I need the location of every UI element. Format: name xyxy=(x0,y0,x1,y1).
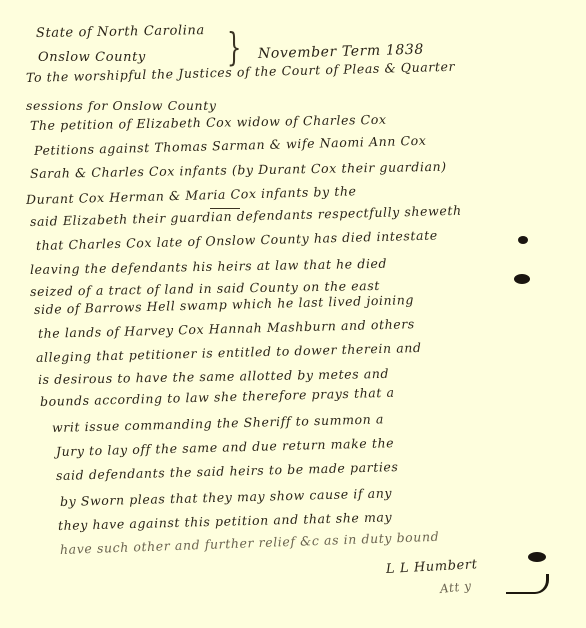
document-page: State of North Carolina Onslow County } … xyxy=(0,0,586,628)
header-brace-icon: } xyxy=(227,28,242,66)
body-line-20: they have against this petition and that… xyxy=(58,509,393,533)
body-line-19: by Sworn pleas that they may show cause … xyxy=(60,485,392,509)
body-line-2: sessions for Onslow County xyxy=(26,98,217,113)
body-line-3: The petition of Elizabeth Cox widow of C… xyxy=(30,112,387,133)
body-line-13: alleging that petitioner is entitled to … xyxy=(36,340,422,365)
header-term: November Term 1838 xyxy=(258,42,424,62)
header-state: State of North Carolina xyxy=(36,23,205,41)
signature-title: Att y xyxy=(439,579,472,596)
body-line-21: have such other and further relief &c as… xyxy=(60,529,440,557)
body-line-18: said defendants the said heirs to be mad… xyxy=(56,459,399,483)
signature-name: L L Humbert xyxy=(386,557,478,577)
ink-blot xyxy=(528,552,546,562)
body-line-14: is desirous to have the same allotted by… xyxy=(38,366,389,387)
ink-blot xyxy=(514,274,530,284)
header-county: Onslow County xyxy=(38,50,146,65)
body-line-15: bounds according to law she therefore pr… xyxy=(40,385,395,409)
body-line-7: said Elizabeth their guardian defendants… xyxy=(30,203,462,229)
body-line-9: leaving the defendants his heirs at law … xyxy=(30,256,387,277)
ink-blot xyxy=(518,236,528,244)
body-line-16: writ issue commanding the Sheriff to sum… xyxy=(52,411,384,435)
body-line-4: Petitions against Thomas Sarman & wife N… xyxy=(34,133,427,158)
body-line-12: the lands of Harvey Cox Hannah Mashburn … xyxy=(38,316,415,341)
body-line-6: Durant Cox Herman & Maria Cox infants by… xyxy=(26,183,357,207)
signature-flourish xyxy=(506,574,549,594)
body-line-5: Sarah & Charles Cox infants (by Durant C… xyxy=(30,159,447,181)
body-line-17: Jury to lay off the same and due return … xyxy=(56,435,395,459)
body-line-8: that Charles Cox late of Onslow County h… xyxy=(36,227,438,253)
